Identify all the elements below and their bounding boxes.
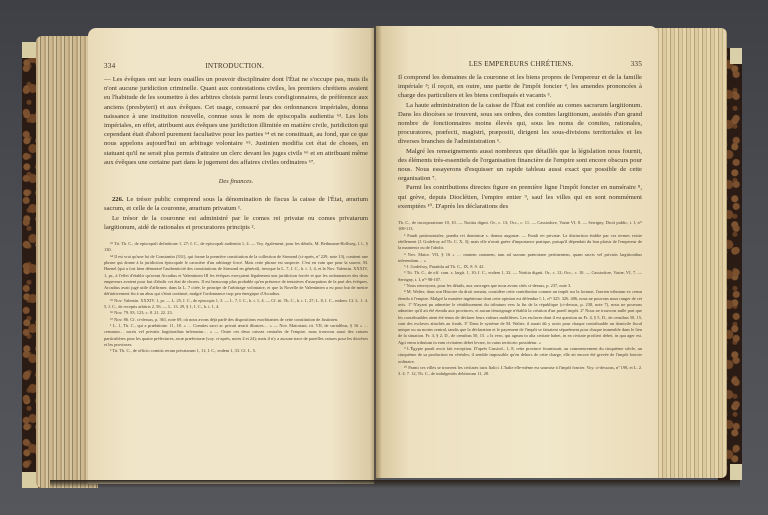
right-cover-top-corner xyxy=(730,48,742,64)
footnote: ⁶⁴ Il est vrai qu'une loi de Constantin … xyxy=(104,254,368,298)
right-paragraph: Parmi les contributions directes figure … xyxy=(398,183,642,211)
footnote: ⁸ M. Walter, dans son Histoire du droit … xyxy=(398,289,642,346)
footnote: ² Tit. Th. C., de officio comitis rerum … xyxy=(104,348,368,354)
right-running-head: LES EMPEREURS CHRÉTIENS. 335 xyxy=(398,60,642,68)
book-photo: 334 INTRODUCTION. — Les évêques ont sur … xyxy=(0,0,768,515)
footnote: ¹ L. 1, Th. C., qui a præbitione. 11, 18… xyxy=(104,323,368,348)
paragraph-number: 226. xyxy=(112,196,124,203)
footnote-continuation: Th. C., de incorporatione 10, 10. — Noti… xyxy=(398,220,642,233)
footnote: ⁶ Tit. Th. C., de off. com. s. largit. 1… xyxy=(398,270,642,283)
right-page: LES EMPEREURS CHRÉTIENS. 335 Il comprend… xyxy=(376,26,658,478)
footnote: ⁹ L'Égypte paraît avoir fait exception. … xyxy=(398,346,642,365)
left-paragraph: — Les évêques ont sur leurs ouailles un … xyxy=(104,75,368,167)
right-paragraph: La haute administration de la caisse de … xyxy=(398,101,642,147)
section-title: Des finances. xyxy=(104,177,368,186)
footnote: ⁶³ Tit. Th. C., de episcopali definition… xyxy=(104,241,368,254)
right-footnotes: Th. C., de incorporatione 10, 10. — Noti… xyxy=(398,220,642,377)
left-page: 334 INTRODUCTION. — Les évêques ont sur … xyxy=(88,28,374,484)
right-running-title: LES EMPEREURS CHRÉTIENS. xyxy=(412,60,631,68)
right-page-block-edges xyxy=(655,28,727,478)
left-body-text: — Les évêques ont sur leurs ouailles un … xyxy=(104,75,368,232)
paragraph-text: Le trésor public comprend sous la dénomi… xyxy=(104,196,368,212)
book-bottom-shadow xyxy=(50,480,740,488)
book-gutter xyxy=(370,26,382,482)
left-footnotes: ⁶³ Tit. Th. C., de episcopali definition… xyxy=(104,241,368,354)
footnote: ⁴ Nov. Maior. VII, § 16 « … omnem canone… xyxy=(398,252,642,265)
right-page-number: 335 xyxy=(631,60,642,68)
left-running-title: INTRODUCTION. xyxy=(115,62,354,70)
left-paragraph: Le trésor de la couronne est administré … xyxy=(104,214,368,232)
numbered-paragraph: 226. Le trésor public comprend sous la d… xyxy=(104,195,368,213)
right-cover-bottom-corner xyxy=(730,464,742,480)
right-paragraph: Il comprend les domaines de la couronne … xyxy=(398,73,642,101)
footnote: ⁶⁷ Nov. 86. Cf. ci-dessus, p. 361, note … xyxy=(104,317,368,323)
left-running-head: 334 INTRODUCTION. xyxy=(104,62,368,70)
footnote: ³ Fundi patrimoniales; prædia rei domini… xyxy=(398,233,642,252)
footnote: ¹⁰ Parmi ces villes se trouvent les civi… xyxy=(398,365,642,378)
left-page-number: 334 xyxy=(104,62,115,70)
footnote: ⁶⁵ Nov. Valentin. XXXIV, 1, pr. — L. 25,… xyxy=(104,298,368,311)
right-paragraph: Malgré les renseignements aussi nombreux… xyxy=(398,147,642,184)
right-body-text: Il comprend les domaines de la couronne … xyxy=(398,73,642,211)
